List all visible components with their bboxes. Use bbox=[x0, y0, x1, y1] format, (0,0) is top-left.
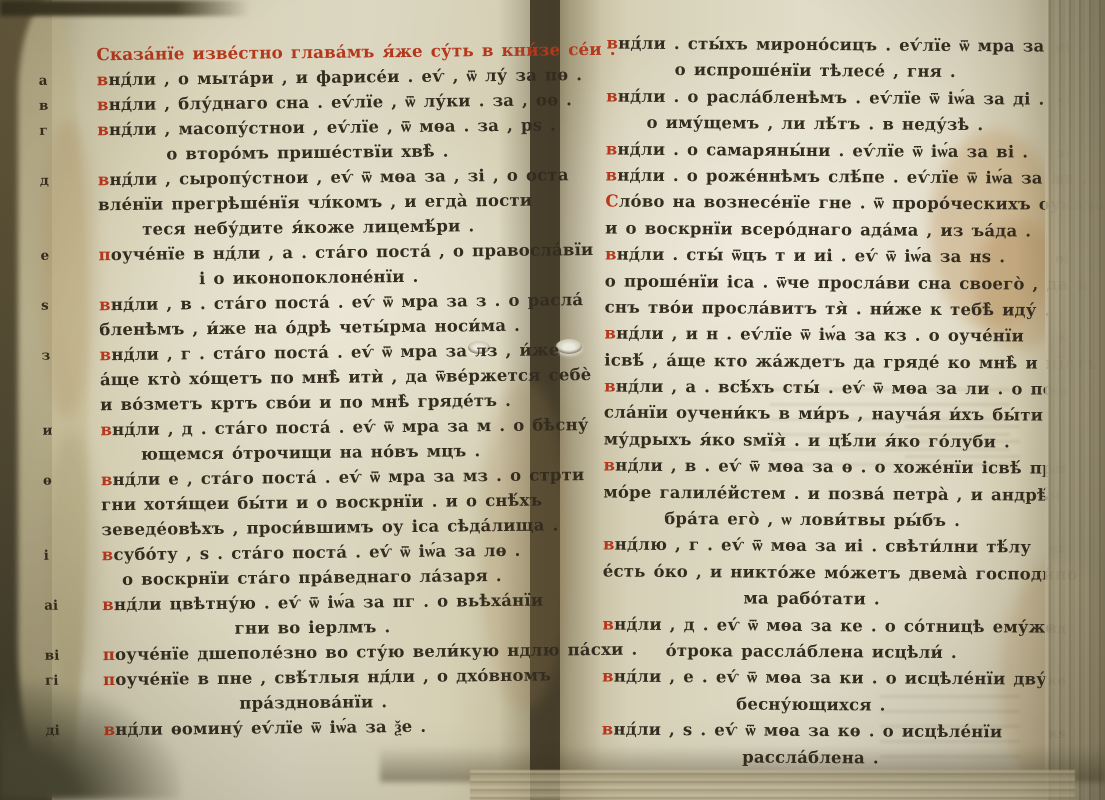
text-line: кгвнд́лю , г . еѵ́ ѿ мѳа за иі . свѣти́л… bbox=[603, 532, 1021, 561]
open-book-photo: Сказа́нїе изве́стно глава́мъ я́же су́ть … bbox=[0, 0, 1105, 800]
text-line: ѳівнд́ли . сты́ ѿцъ т и иі . еѵ́ ѿ іѡ́а … bbox=[605, 242, 1023, 271]
line-text: нд́ли , е . еѵ́ ѿ мѳа за ки . о исцѣле́н… bbox=[614, 667, 1047, 689]
line-text: нд́ли , д . ста́го поста́ . еѵ́ ѿ мра за… bbox=[112, 415, 589, 439]
text-line: о иму́щемъ , ли лѣ́тъ . в неду́зѣ . bbox=[606, 110, 1024, 139]
rubric-initial: в bbox=[97, 95, 109, 114]
text-line: и о воскрнїи всеро́днаго ада́ма , из ъа́… bbox=[605, 215, 1023, 244]
text-line: о проше́нїи іса . ѿче просла́ви сна свое… bbox=[605, 268, 1023, 297]
line-text: о́трока рассла́блена исцѣли́ . bbox=[666, 641, 957, 662]
rubric-initial: в bbox=[604, 324, 616, 343]
line-text: бра́та его̀ , ѡ лови́твы ры́бъ . bbox=[664, 509, 960, 530]
rubric-initial: в bbox=[101, 470, 113, 489]
text-line: еівнд́ли . сты́хъ мироно́сицъ . еѵ́лїе ѿ… bbox=[606, 31, 1024, 60]
text-line: ісвѣ́ , а́ще кто жа́ждетъ да гряде́ ко м… bbox=[604, 347, 1022, 376]
text-line: кввнд́ли , в . еѵ́ ѿ мѳа за ѳ . о хоже́н… bbox=[603, 453, 1021, 482]
rubric-initial: в bbox=[605, 245, 617, 264]
text-line: кѕвнд́ли , ѕ . еѵ́ ѿ мѳа за кѳ . о исцѣл… bbox=[602, 717, 1020, 746]
rubric-initial: в bbox=[602, 614, 614, 633]
line-text: нд́ли , о мыта́ри , и фарисе́и . еѵ́ , ѿ… bbox=[108, 65, 582, 89]
line-text: и о воскрнїи всеро́днаго ада́ма , из ъа́… bbox=[605, 218, 1031, 240]
line-text: зеведе́овѣхъ , проси́вшимъ оу іса сѣда́л… bbox=[101, 515, 558, 539]
rubric-initial: в bbox=[103, 720, 115, 739]
rubric-initial: в bbox=[97, 70, 109, 89]
margin-numeral: и bbox=[42, 419, 52, 444]
line-text: о испроше́нїи тѣлесе́ , гня . bbox=[675, 60, 956, 81]
text-line: иівнд́ли . о роже́ннѣмъ слѣ́пе . еѵ́лїе … bbox=[605, 162, 1023, 191]
margin-numeral: ѳ bbox=[43, 469, 52, 494]
text-line: зівнд́ли . о самаряны́ни . еѵ́лїе ѿ іѡ́а… bbox=[606, 136, 1024, 165]
rubric-initial: в bbox=[100, 420, 112, 439]
text-line: квнд́ли , и н . еѵ́лїе ѿ іѡ́а за кз . о … bbox=[604, 321, 1022, 350]
line-text: нд́ли , масопу́стнои , еѵ́лїе , ѿ мѳа . … bbox=[109, 115, 556, 139]
margin-numeral: ѕ bbox=[41, 294, 49, 319]
text-line: бра́та его̀ , ѡ лови́твы ры́бъ . bbox=[603, 506, 1021, 535]
rubric-initial: в bbox=[98, 170, 110, 189]
rubric-initial: в bbox=[603, 456, 615, 475]
line-text: о иму́щемъ , ли лѣ́тъ . в неду́зѣ . bbox=[646, 113, 983, 134]
margin-numeral: аі bbox=[44, 594, 58, 619]
line-text: субо́ту , ѕ . ста́го поста́ . еѵ́ ѿ іѡ́а… bbox=[113, 541, 520, 564]
line-text: снъ тво́и просла́витъ тя̀ . ни́же к тебѣ… bbox=[605, 297, 1051, 319]
line-text: пра́зднова́нїи . bbox=[239, 692, 387, 713]
text-line: е́сть о́ко , и никто́же мо́жетъ двема̀ г… bbox=[603, 558, 1021, 587]
line-text: бленѣмъ , и́же на о́дрѣ четы́рма носи́ма… bbox=[99, 316, 520, 339]
rubric-initial: п bbox=[98, 245, 110, 264]
line-text: нд́ли . о самаряны́ни . еѵ́лїе ѿ іѡ́а за… bbox=[617, 139, 1028, 161]
line-text: нд́ли . сты́ ѿцъ т и иі . еѵ́ ѿ іѡ́а за … bbox=[617, 245, 1006, 267]
line-text: бесну́ющихся . bbox=[736, 694, 886, 714]
line-text: нд́ли , в . еѵ́ ѿ мѳа за ѳ . о хоже́нїи … bbox=[615, 456, 1066, 478]
text-line: кдвнд́ли , д . еѵ́ ѿ мѳа за ке . о со́тн… bbox=[602, 611, 1020, 640]
line-text: о второ́мъ прише́ствїи хвѣ̀ . bbox=[166, 142, 449, 164]
line-text: гни хотя́щеи бы́ти и о воскрнїи . и о сн… bbox=[101, 491, 542, 515]
rubric-initial: п bbox=[103, 645, 115, 664]
rubric-initial: в bbox=[604, 377, 616, 396]
dark-top-left-corner bbox=[0, 0, 250, 16]
line-text: нд́лю , г . еѵ́ ѿ мѳа за иі . свѣти́лни … bbox=[615, 535, 1032, 557]
line-text: нд́ли . о расла́бленѣмъ . еѵ́лїе ѿ іѡ́а … bbox=[618, 86, 1045, 108]
margin-numeral: гі bbox=[45, 669, 59, 694]
text-line: кавнд́ли , а . всѣ́хъ сты́ . еѵ́ ѿ мѳа з… bbox=[604, 374, 1022, 403]
text-line: Сло́во на вознесе́нїе гне . ѿ проро́ческ… bbox=[605, 189, 1023, 218]
text-line: му́дрыхъ я́ко ѕмїя̀ . и цѣ́ли я́ко го́лу… bbox=[604, 426, 1022, 455]
line-text: сла́нїи оучени́къ в ми́ръ , науча́я и́хъ… bbox=[604, 403, 1043, 425]
line-text: гни во іерлмъ . bbox=[234, 617, 390, 638]
line-text: оуче́нїе в пне , свѣ́тлыя нд́ли , о дхо́… bbox=[115, 665, 551, 689]
line-text: нд́ли , и н . еѵ́лїе ѿ іѡ́а за кз . о оу… bbox=[616, 324, 1024, 346]
margin-numeral: і bbox=[44, 544, 49, 569]
rubric-initial: в bbox=[603, 535, 615, 554]
bottom-page-stack-edge bbox=[470, 770, 1075, 800]
margin-numeral: ді bbox=[45, 719, 59, 744]
margin-numeral: г bbox=[39, 119, 48, 144]
worm-hole bbox=[556, 339, 582, 354]
text-line: ма рабо́тати . bbox=[603, 585, 1021, 614]
line-text: е́сть о́ко , и никто́же мо́жетъ двема̀ г… bbox=[603, 561, 1078, 583]
line-text: теся небу́дите я́коже лицемѣ́ри . bbox=[142, 216, 475, 238]
margin-numeral: в bbox=[39, 94, 49, 119]
line-text: му́дрыхъ я́ко ѕмїя̀ . и цѣ́ли я́ко го́лу… bbox=[604, 429, 1010, 451]
margin-numeral: ві bbox=[45, 644, 60, 669]
rubric-initial: в bbox=[100, 345, 112, 364]
text-line: дівнд́ли ѳомину́ еѵ́лїе ѿ іѡ́а за ѯе . bbox=[103, 713, 523, 742]
rubric-initial: в bbox=[606, 34, 618, 53]
line-text: а́ще кто̀ хо́щетъ по мнѣ̀ итѝ , да ѿве́р… bbox=[100, 365, 592, 389]
margin-numeral: е bbox=[40, 244, 49, 269]
line-text: нд́ли , ѕ . еѵ́ ѿ мѳа за кѳ . о исцѣле́н… bbox=[613, 720, 1002, 742]
text-line: ѕівнд́ли . о расла́бленѣмъ . еѵ́лїе ѿ іѡ… bbox=[606, 83, 1024, 112]
rubric-initial: в bbox=[102, 595, 114, 614]
right-page-lines: еівнд́ли . сты́хъ мироно́сицъ . еѵ́лїе ѿ… bbox=[601, 31, 1024, 773]
rubric-initial: в bbox=[606, 86, 618, 105]
rubric-initial: в bbox=[602, 667, 614, 686]
line-text: о воскрнїи ста́го пра́веднаго ла́заря . bbox=[122, 566, 502, 589]
line-text: нд́ли ѳомину́ еѵ́лїе ѿ іѡ́а за ѯе . bbox=[115, 717, 426, 739]
rubric-initial: в bbox=[99, 295, 111, 314]
rubric-initial: в bbox=[102, 545, 114, 564]
rubric-initial: п bbox=[103, 670, 115, 689]
rubric-initial: в bbox=[606, 139, 618, 158]
rubric-initial: в bbox=[606, 165, 618, 184]
line-text: нд́ли , г . ста́го поста́ . еѵ́ ѿ мра за… bbox=[111, 340, 559, 364]
left-page-lines: Сказа́нїе изве́стно глава́мъ я́же су́ть … bbox=[96, 38, 523, 742]
right-edge-shade bbox=[1015, 0, 1105, 800]
text-line: о испроше́нїи тѣлесе́ , гня . bbox=[606, 57, 1024, 86]
line-text: вле́нїи прегрѣше́нїя чл́комъ , и егда̀ п… bbox=[98, 191, 532, 215]
text-line: сла́нїи оучени́къ в ми́ръ , науча́я и́хъ… bbox=[604, 400, 1022, 429]
line-text: нд́ли , а . всѣ́хъ сты́ . еѵ́ ѿ мѳа за л… bbox=[616, 377, 1054, 399]
line-text: нд́ли цвѣтну́ю . еѵ́ ѿ іѡ́а за пг . о вь… bbox=[114, 591, 544, 614]
rubric-initial: С bbox=[605, 192, 618, 211]
line-text: ма рабо́тати . bbox=[743, 589, 880, 609]
line-text: і о иконопоклоне́нїи . bbox=[199, 267, 419, 288]
margin-numeral: а bbox=[39, 69, 48, 94]
rubric-initial: в bbox=[602, 720, 614, 739]
text-line: мо́ре галиле́йстем . и позва́ петра̀ , и… bbox=[603, 479, 1021, 508]
margin-numeral: з bbox=[42, 344, 51, 369]
line-text: нд́ли , сыропу́стнои , еѵ́ ѿ мѳа за , зі… bbox=[109, 165, 568, 189]
line-text: нд́ли , в . ста́го поста́ . еѵ́ ѿ мра за… bbox=[111, 290, 584, 314]
text-line: бесну́ющихся . bbox=[602, 690, 1020, 719]
margin-numeral: д bbox=[40, 169, 49, 194]
line-text: и во́зметъ кртъ сво́и и по мнѣ̀ гряде́тъ… bbox=[100, 391, 511, 414]
line-text: нд́ли е , ста́го поста́ . еѵ́ ѿ мра за м… bbox=[112, 465, 584, 489]
text-line: кевнд́ли , е . еѵ́ ѿ мѳа за ки . о исцѣл… bbox=[602, 664, 1020, 693]
line-text: мо́ре галиле́йстем . и позва́ петра̀ , и… bbox=[603, 482, 1061, 504]
line-text: нд́ли , д . еѵ́ ѿ мѳа за ке . о со́тницѣ… bbox=[614, 614, 1056, 636]
text-line: о́трока рассла́блена исцѣли́ . bbox=[602, 638, 1020, 667]
line-text: ющемся о́трочищи на но́въ мцъ . bbox=[141, 441, 481, 464]
line-text: нд́ли , блу́днаго сна . еѵ́лїе , ѿ лу́ки… bbox=[109, 90, 573, 114]
water-stain bbox=[40, 120, 95, 420]
text-line: снъ тво́и просла́витъ тя̀ . ни́же к тебѣ… bbox=[605, 294, 1023, 323]
rubric-initial: в bbox=[97, 120, 109, 139]
